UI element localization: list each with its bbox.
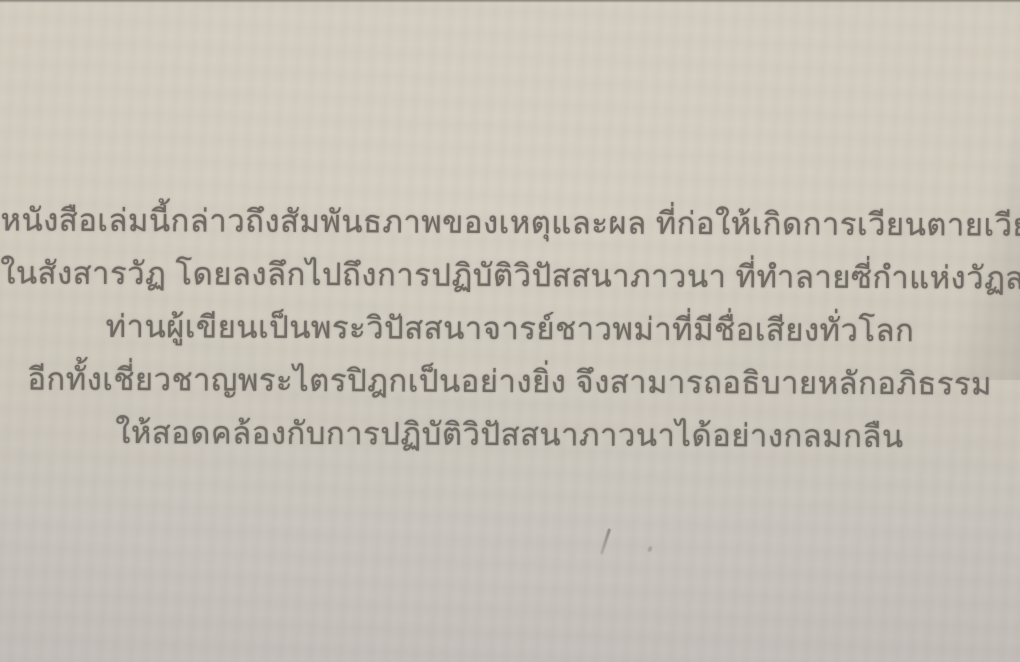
photo-top-edge-shadow: [0, 0, 1020, 3]
book-page-photo: หนังสือเล่มนี้กล่าวถึงสัมพันธภาพของเหตุแ…: [0, 0, 1020, 662]
printed-paragraph: หนังสือเล่มนี้กล่าวถึงสัมพันธภาพของเหตุแ…: [0, 193, 1020, 463]
text-line-5: ให้สอดคล้องกับการปฏิบัติวิปัสสนาภาวนาได้…: [0, 405, 1020, 463]
pencil-slash-mark: [600, 528, 611, 555]
text-line-4: อีกทั้งเชี่ยวชาญพระไตรปิฎกเป็นอย่างยิ่ง …: [0, 352, 1020, 410]
text-line-3: ท่านผู้เขียนเป็นพระวิปัสสนาจารย์ชาวพม่าท…: [0, 299, 1020, 357]
text-line-1: หนังสือเล่มนี้กล่าวถึงสัมพันธภาพของเหตุแ…: [0, 193, 1020, 251]
pencil-dot-mark: [647, 545, 653, 552]
text-line-2: ในสังสารวัฏ โดยลงลึกไปถึงการปฏิบัติวิปัส…: [0, 246, 1020, 304]
